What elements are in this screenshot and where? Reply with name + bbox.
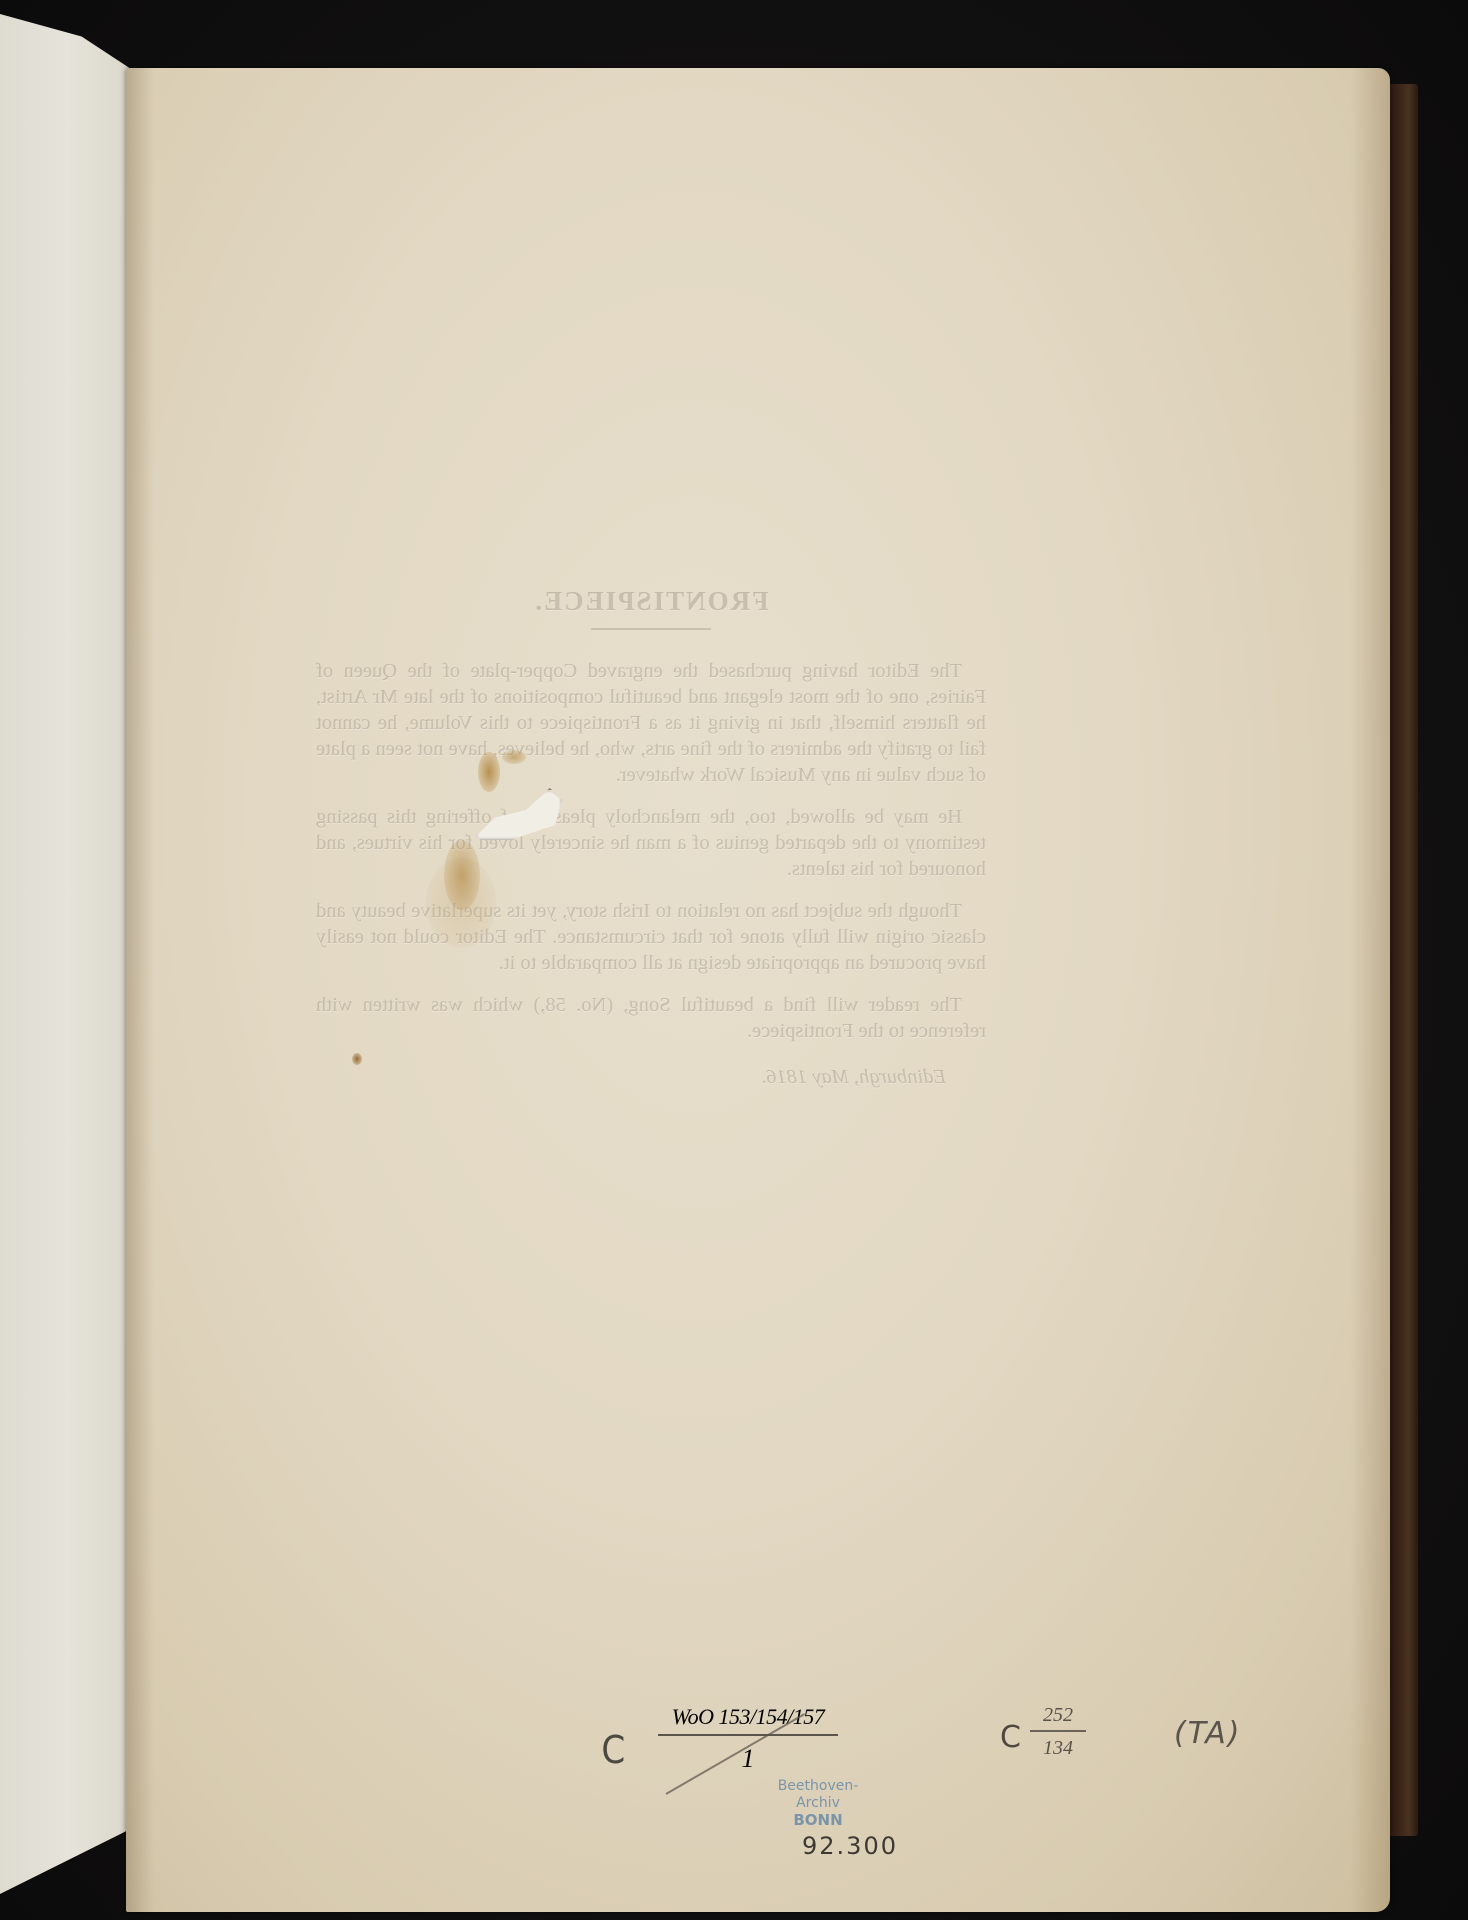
fraction-numerator: WoO 153/154/157	[658, 1704, 838, 1730]
bleed-paragraph: Though the subject has no relation to Ir…	[316, 898, 986, 976]
fraction-denominator: 1	[658, 1744, 838, 1774]
pencil-c-mark: C	[601, 1728, 625, 1772]
stamp-line-1: Beethoven-Archiv	[762, 1778, 874, 1812]
accession-number: 92.300	[802, 1832, 898, 1860]
bleed-paragraph: The Editor having purchased the engraved…	[316, 658, 986, 788]
rust-stain	[502, 750, 526, 764]
pencil-c-mark: C	[1000, 1720, 1021, 1755]
rust-stain	[444, 840, 480, 910]
book-page: FRONTISPIECE. The Editor having purchase…	[126, 68, 1390, 1912]
fraction-denominator: 134	[1030, 1737, 1086, 1760]
mirrored-bleed-through-text: FRONTISPIECE. The Editor having purchase…	[316, 588, 986, 1106]
pencil-catalogue-fraction: WoO 153/154/157 1	[658, 1704, 838, 1774]
bleed-paragraph: He may be allowed, too, the melancholy p…	[316, 804, 986, 882]
fraction-numerator: 252	[1030, 1704, 1086, 1727]
bleed-heading: FRONTISPIECE.	[316, 588, 986, 614]
pencil-ta-mark: (TA)	[1174, 1716, 1242, 1751]
stamp-line-2: BONN	[762, 1812, 874, 1829]
heading-rule	[591, 628, 711, 630]
foxing-spot	[352, 1053, 362, 1065]
bleed-date-line: Edinburgh, May 1816.	[316, 1064, 986, 1090]
book-binding-edge	[1388, 84, 1418, 1836]
left-flyleaf-page	[0, 14, 136, 1894]
fraction-bar	[658, 1734, 838, 1736]
library-stamp: Beethoven-Archiv BONN	[762, 1778, 874, 1829]
rust-stain	[478, 752, 500, 792]
pencil-shelf-fraction: 252 134	[1030, 1704, 1086, 1760]
bleed-paragraph: The reader will find a beautiful Song, (…	[316, 992, 986, 1044]
fraction-bar	[1030, 1730, 1086, 1732]
